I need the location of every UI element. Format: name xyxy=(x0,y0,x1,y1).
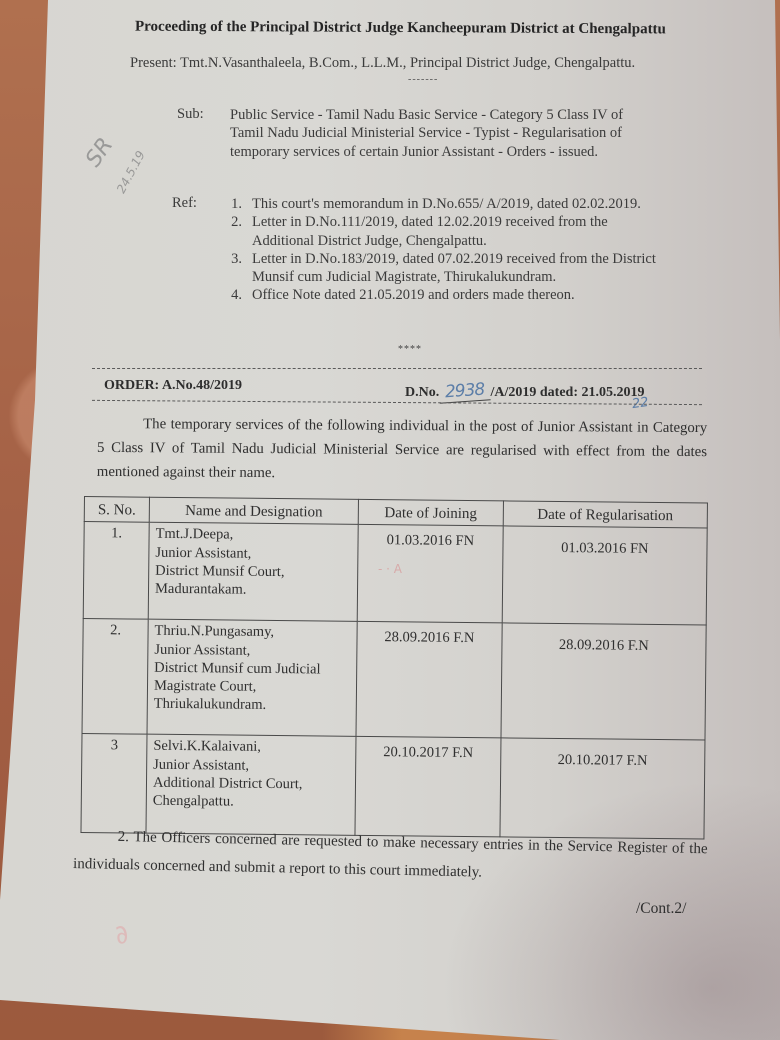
cell-date-of-regularisation: 01.03.2016 FN xyxy=(502,526,707,625)
name-line: Thriukalukundram. xyxy=(154,695,350,715)
dashed-divider-top xyxy=(92,368,702,369)
name-line: Madurantakam. xyxy=(155,580,351,600)
cell-name-designation: Thriu.N.Pungasamy, Junior Assistant, Dis… xyxy=(147,619,357,736)
pencil-initials-annotation: SR xyxy=(81,133,118,171)
name-line: Selvi.K.Kalaivani, xyxy=(153,737,349,757)
cell-sno: 1. xyxy=(83,522,149,620)
handwritten-dno: 2938 xyxy=(439,379,492,404)
cell-date-of-regularisation: 20.10.2017 F.N xyxy=(500,738,705,839)
name-line: District Munsif Court, xyxy=(155,562,351,582)
name-line: Magistrate Court, xyxy=(154,677,350,697)
cell-date-of-joining: 20.10.2017 F.N xyxy=(355,737,501,838)
reference-text: Letter in D.No.111/2019, dated 12.02.201… xyxy=(252,213,660,250)
cell-name-designation: Selvi.K.Kalaivani, Junior Assistant, Add… xyxy=(146,734,356,835)
reference-list: 1. This court's memorandum in D.No.655/ … xyxy=(220,195,660,305)
name-line: Additional District Court, xyxy=(153,774,349,794)
subject-label: Sub: xyxy=(177,106,204,123)
name-line: District Munsif cum Judicial xyxy=(154,659,350,679)
column-header-name: Name and Designation xyxy=(149,497,358,524)
name-line: Chengalpattu. xyxy=(153,792,349,812)
order-number: ORDER: A.No.48/2019 xyxy=(104,378,242,394)
order-body-paragraph: The temporary services of the following … xyxy=(97,412,707,488)
dno-prefix: D.No. xyxy=(405,385,439,400)
table-row: 2. Thriu.N.Pungasamy, Junior Assistant, … xyxy=(82,619,706,741)
reference-item: 2. Letter in D.No.111/2019, dated 12.02.… xyxy=(220,213,660,250)
cell-sno: 3 xyxy=(81,734,147,834)
reference-number: 1. xyxy=(220,195,252,213)
regularisation-table: S. No. Name and Designation Date of Join… xyxy=(80,496,707,840)
reference-separator: **** xyxy=(398,344,422,355)
red-ink-squiggle: ∂ xyxy=(110,919,133,952)
reference-number: 4. xyxy=(220,286,252,304)
name-line: Junior Assistant, xyxy=(154,640,350,660)
reference-item: 1. This court's memorandum in D.No.655/ … xyxy=(220,195,660,213)
reference-item: 3. Letter in D.No.183/2019, dated 07.02.… xyxy=(220,250,660,287)
header-rule: ------- xyxy=(408,74,438,85)
cell-date-of-regularisation: 28.09.2016 F.N xyxy=(501,623,706,740)
red-ink-mark: - · A xyxy=(378,562,402,576)
continuation-marker: /Cont.2/ xyxy=(636,900,686,918)
name-line: Thriu.N.Pungasamy, xyxy=(154,622,350,642)
reference-label: Ref: xyxy=(172,195,197,212)
instruction-paragraph: 2. The Officers concerned are requested … xyxy=(73,822,708,891)
reference-text: This court's memorandum in D.No.655/ A/2… xyxy=(252,195,641,213)
subject-text: Public Service - Tamil Nadu Basic Servic… xyxy=(230,106,650,161)
cell-name-designation: Tmt.J.Deepa, Junior Assistant, District … xyxy=(148,522,358,621)
reference-number: 2. xyxy=(220,213,252,250)
column-header-sno: S. No. xyxy=(84,497,149,523)
reference-item: 4. Office Note dated 21.05.2019 and orde… xyxy=(220,286,660,304)
reference-text: Letter in D.No.183/2019, dated 07.02.201… xyxy=(252,250,660,287)
court-order-document: Proceeding of the Principal District Jud… xyxy=(0,0,780,1040)
name-line: Junior Assistant, xyxy=(155,543,351,563)
reference-number: 3. xyxy=(220,250,252,287)
pencil-date-annotation: 24.5.19 xyxy=(114,148,148,195)
column-header-regularisation: Date of Regularisation xyxy=(503,501,707,528)
cell-sno: 2. xyxy=(82,619,148,735)
cell-date-of-joining: 28.09.2016 F.N xyxy=(356,622,502,739)
name-line: Junior Assistant, xyxy=(153,755,349,775)
presiding-judge-line: Present: Tmt.N.Vasanthaleela, B.Com., L.… xyxy=(130,55,635,72)
name-line: Tmt.J.Deepa, xyxy=(156,525,352,545)
reference-text: Office Note dated 21.05.2019 and orders … xyxy=(252,286,575,304)
column-header-joining: Date of Joining xyxy=(358,499,503,526)
document-title: Proceeding of the Principal District Jud… xyxy=(135,19,666,39)
dno-suffix: /A/2019 dated: 21.05.2019 xyxy=(491,385,645,400)
disposal-number-line: D.No.2938/A/2019 dated: 21.05.2019 xyxy=(405,381,645,402)
